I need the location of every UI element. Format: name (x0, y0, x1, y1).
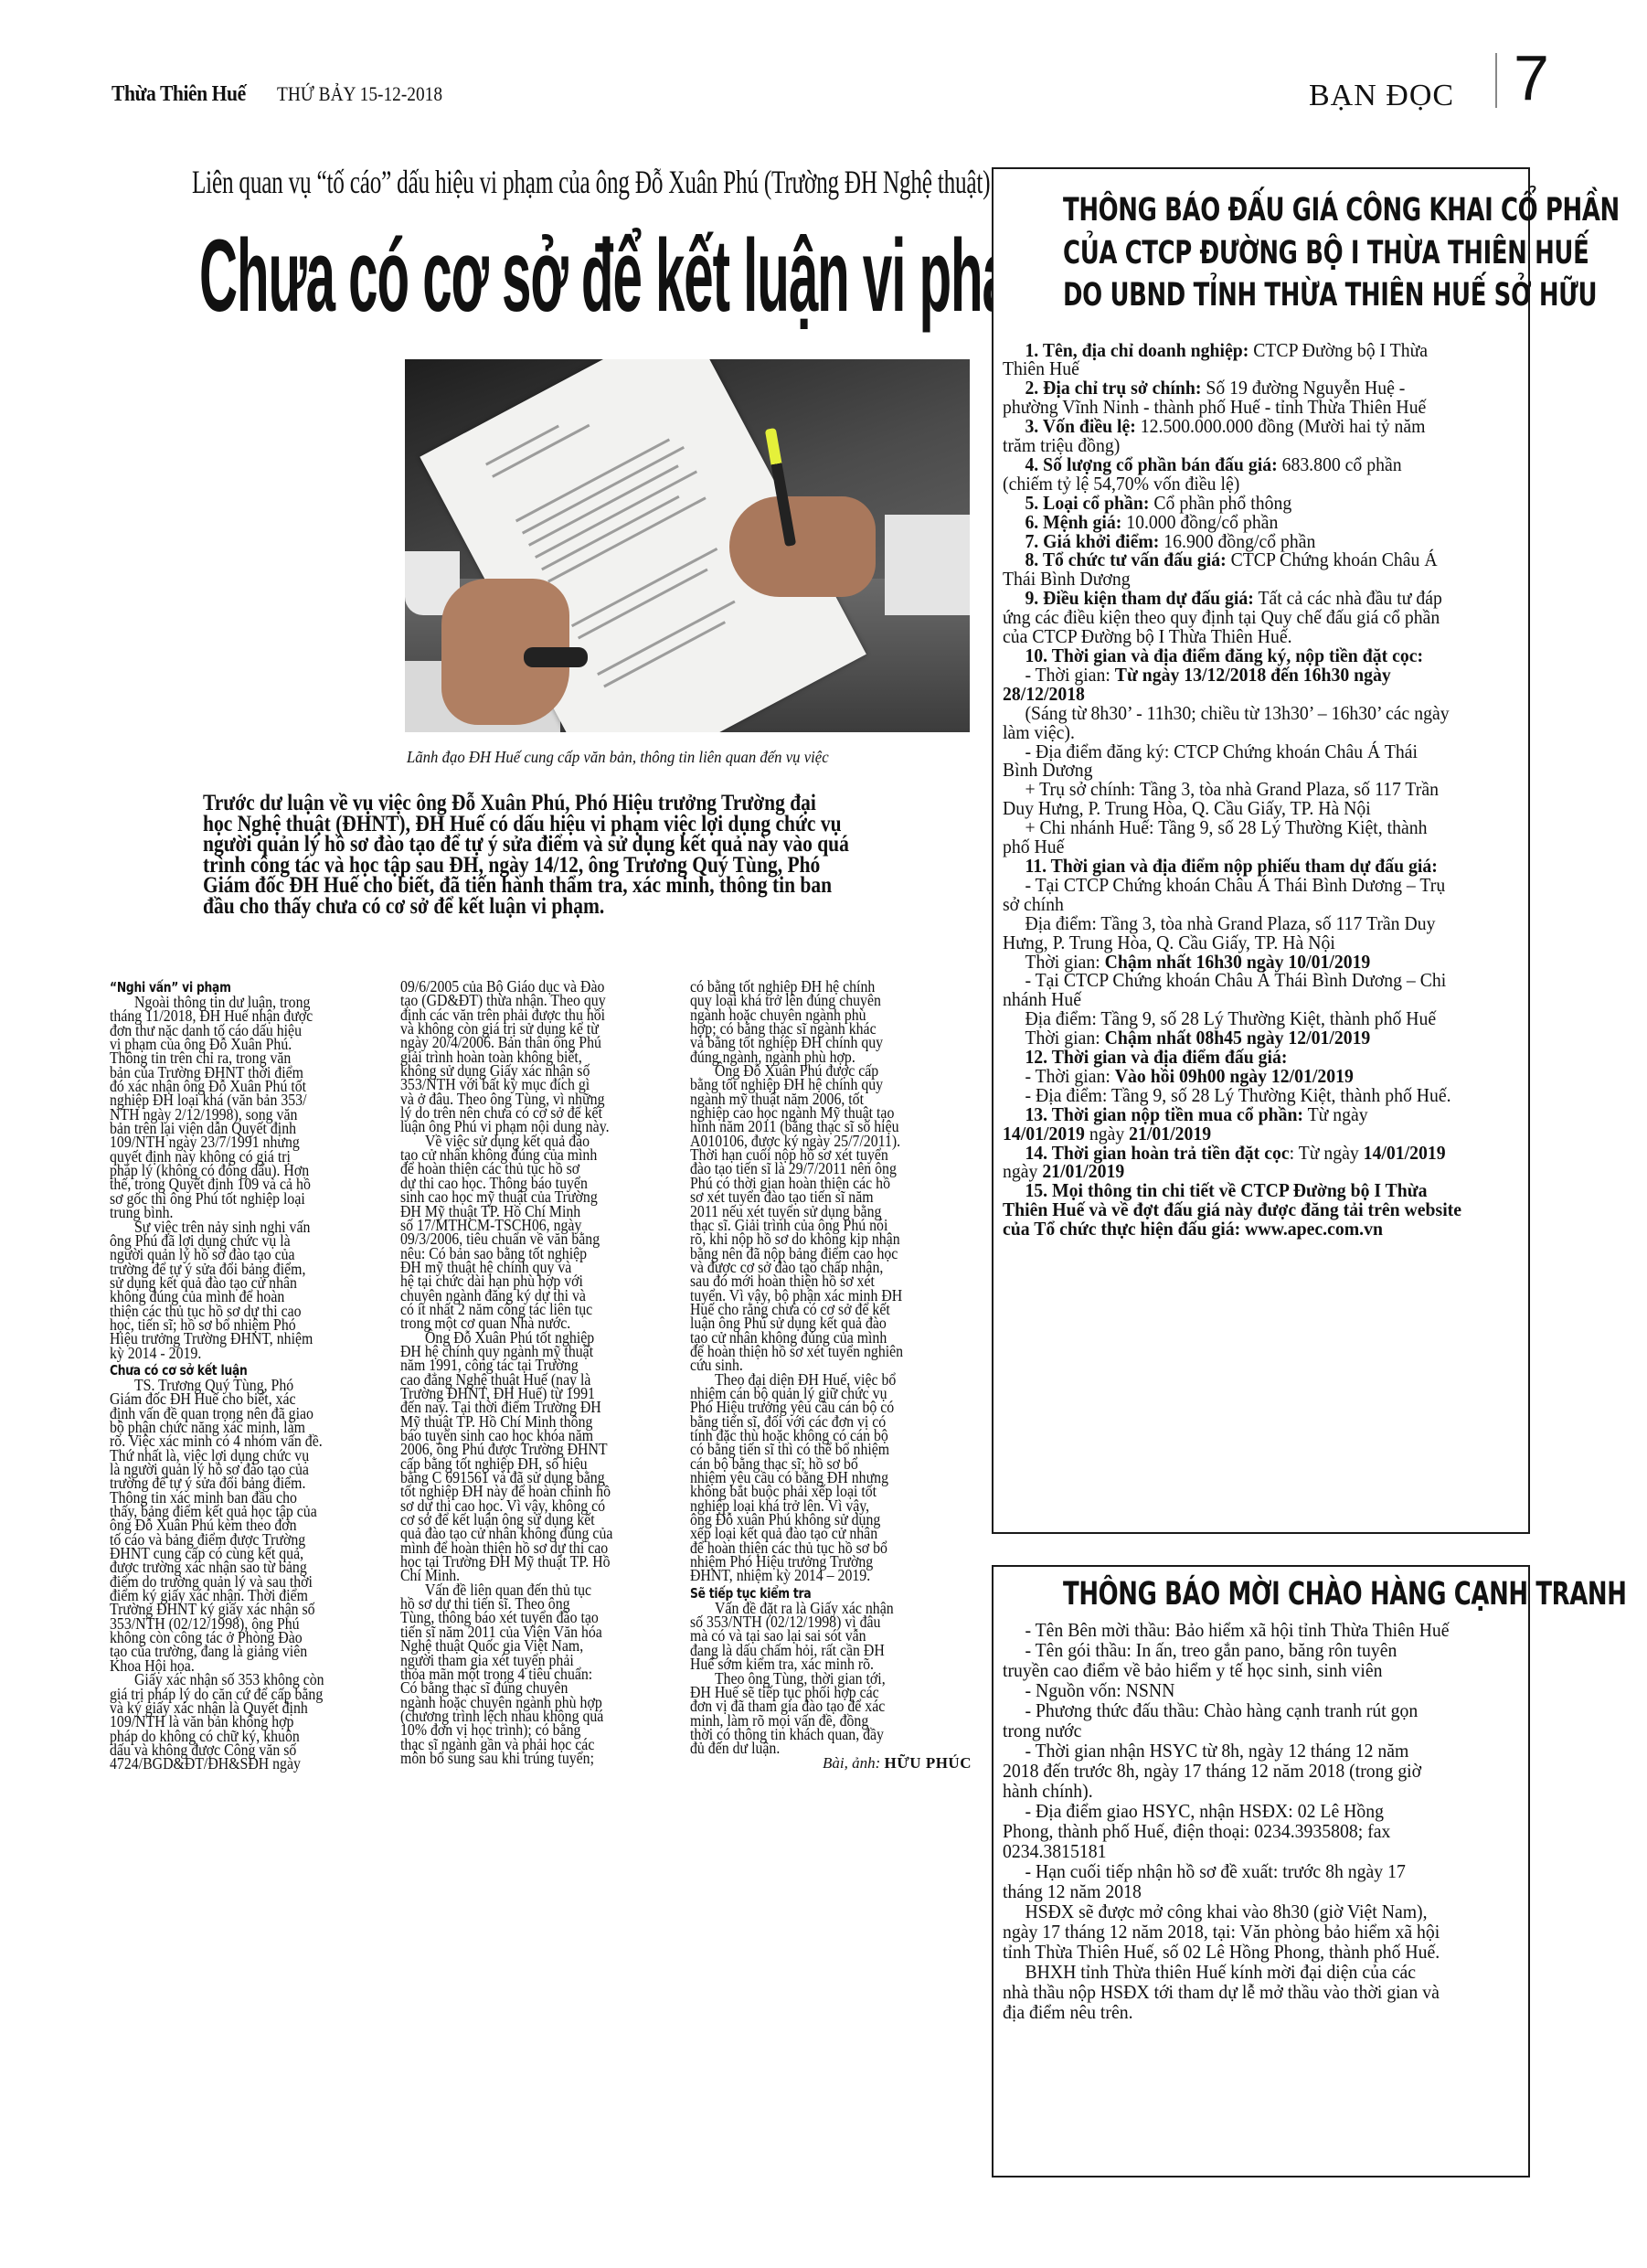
paragraph: Theo ông Tùng, thời gian tới,ĐH Huế sẽ t… (690, 1672, 975, 1756)
bid-notice-line: HSĐX sẽ được mở công khai vào 8h30 (giờ … (1003, 1901, 1490, 1922)
paragraph: Về việc sử dụng kết quả đàotạo cử nhân k… (400, 1134, 685, 1331)
paragraph: Ông Đỗ Xuân Phú được cấpbằng tốt nghiệp … (690, 1064, 975, 1373)
article-kicker: Liên quan vụ “tố cáo” dấu hiệu vi phạm c… (192, 163, 742, 201)
item-10-time-cont: 28/12/2018 (1003, 685, 1490, 704)
text-line: môn bổ sung sau khi trúng tuyển; (400, 1752, 657, 1765)
bid-notice-body: - Tên Bên mời thầu: Bảo hiểm xã hội tỉnh… (994, 1620, 1528, 2022)
item-15-cont: Thiên Huế và về đợt đấu giá này được đăn… (1003, 1200, 1490, 1219)
item-6: 6. Mệnh giá: 10.000 đồng/cổ phần (1003, 513, 1490, 532)
item-11-a-cont: sở chính (1003, 895, 1490, 914)
bid-notice-line: tỉnh Thừa Thiên Huế, số 02 Lê Hồng Phong… (1003, 1942, 1490, 1962)
item-10-hq: + Trụ sở chính: Tầng 3, tòa nhà Grand Pl… (1003, 780, 1490, 799)
bid-notice-line: - Tên gói thầu: In ấn, treo gắn pano, bă… (1003, 1640, 1490, 1660)
item-11-b-place: Địa điểm: Tầng 9, số 28 Lý Thường Kiệt, … (1003, 1009, 1490, 1028)
item-10-branch-cont: phố Huế (1003, 837, 1490, 857)
item-9-cont: của CTCP Đường bộ I Thừa Thiên Huế. (1003, 627, 1490, 646)
photo-bracelet (524, 647, 588, 667)
paragraph: 09/6/2005 của Bộ Giáo dục và Đàotạo (GD&… (400, 980, 685, 1134)
item-9: 9. Điều kiện tham dự đấu giá: Tất cả các… (1003, 589, 1490, 608)
title-line: CỦA CTCP ĐƯỜNG BỘ I THỪA THIÊN HUẾ (1063, 232, 1459, 275)
item-11-a-time: Thời gian: Chậm nhất 16h30 ngày 10/01/20… (1003, 953, 1490, 972)
section-divider (1495, 53, 1497, 108)
auction-notice-title: THÔNG BÁO ĐẤU GIÁ CÔNG KHAI CỔ PHẦN CỦA … (1063, 189, 1459, 317)
body-column-1: “Nghi vấn” vi phạm Ngoài thông tin dư lu… (110, 980, 395, 1772)
item-3: 3. Vốn điều lệ: 12.500.000.000 đồng (Mườ… (1003, 417, 1490, 436)
item-11-b-cont: nhánh Huế (1003, 990, 1490, 1009)
bid-notice-line: Phong, thành phố Huế, điện thoại: 0234.3… (1003, 1821, 1490, 1841)
item-5: 5. Loại cổ phần: Cổ phần phổ thông (1003, 494, 1490, 513)
bid-notice-line: - Hạn cuối tiếp nhận hồ sơ đề xuất: trướ… (1003, 1861, 1490, 1881)
bid-notice-line: truyền cao điểm về bảo hiểm y tế học sin… (1003, 1660, 1490, 1680)
photo-right-hand (729, 496, 876, 597)
item-11-b-time: Thời gian: Chậm nhất 08h45 ngày 12/01/20… (1003, 1028, 1490, 1048)
article-lead: Trước dư luận về vụ việc ông Đỗ Xuân Phú… (203, 793, 989, 918)
masthead: Thừa Thiên Huế THỨ BẢY 15-12-2018 (112, 82, 465, 119)
item-10-place-cont: Bình Dương (1003, 761, 1490, 780)
byline-author: HỮU PHÚC (885, 1754, 972, 1772)
article-photo (405, 359, 970, 732)
item-15-website: của Tổ chức thực hiện đấu giá: www.apec.… (1003, 1219, 1490, 1239)
item-9-cont: ứng các điều kiện theo quy định tại Quy … (1003, 608, 1490, 627)
lead-line: đầu cho thấy chưa có cơ sở để kết luận v… (203, 897, 879, 918)
bid-notice-line: - Tên Bên mời thầu: Bảo hiểm xã hội tỉnh… (1003, 1620, 1490, 1640)
item-14: 14. Thời gian hoàn trả tiền đặt cọc: Từ … (1003, 1144, 1490, 1163)
item-1: 1. Tên, địa chỉ doanh nghiệp: CTCP Đường… (1003, 341, 1490, 360)
item-10-place: - Địa điểm đăng ký: CTCP Chứng khoán Châ… (1003, 742, 1490, 761)
item-11: 11. Thời gian và địa điểm nộp phiếu tham… (1003, 857, 1490, 876)
bid-notice-line: tháng 12 năm 2018 (1003, 1881, 1490, 1901)
auction-notice-body: 1. Tên, địa chỉ doanh nghiệp: CTCP Đường… (994, 341, 1528, 1240)
paragraph: Vấn đề liên quan đến thủ tụchồ sơ dự thi… (400, 1583, 685, 1765)
bid-notice-line: BHXH tỉnh Thừa thiên Huế kính mời đại di… (1003, 1962, 1490, 1982)
issue-date: THỨ BẢY 15-12-2018 (277, 82, 442, 106)
item-11-a: - Tại CTCP Chứng khoán Châu Á Thái Bình … (1003, 876, 1490, 895)
item-4: 4. Số lượng cổ phần bán đấu giá: 683.800… (1003, 455, 1490, 474)
paragraph: Sự việc trên nảy sinh nghi vấnông Phú đã… (110, 1220, 395, 1360)
item-3-cont: trăm triệu đồng) (1003, 436, 1490, 455)
auction-notice-box: THÔNG BÁO ĐẤU GIÁ CÔNG KHAI CỔ PHẦN CỦA … (992, 167, 1530, 1534)
text-line: kỳ 2014 - 2019. (110, 1347, 367, 1360)
title-line: DO UBND TỈNH THỪA THIÊN HUẾ SỞ HỮU (1063, 274, 1459, 317)
bid-notice-title: THÔNG BÁO MỜI CHÀO HÀNG CẠNH TRANH (1063, 1574, 1459, 1614)
item-14-dates: ngày 21/01/2019 (1003, 1162, 1490, 1181)
bid-notice-line: - Thời gian nhận HSYC từ 8h, ngày 12 thá… (1003, 1741, 1490, 1761)
item-10-hours: (Sáng từ 8h30’ - 11h30; chiều từ 13h30’ … (1003, 704, 1490, 723)
paragraph: Theo đại diện ĐH Huế, việc bổnhiệm cán b… (690, 1373, 975, 1583)
body-column-3: có bằng tốt nghiệp ĐH hệ chínhquy loại k… (690, 980, 975, 1770)
text-line: ĐHNT, nhiệm kỳ 2014 – 2019. (690, 1569, 947, 1582)
item-8: 8. Tổ chức tư vấn đấu giá: CTCP Chứng kh… (1003, 550, 1490, 570)
bid-notice-line: hành chính). (1003, 1781, 1490, 1801)
bid-notice-line: nhà thầu nộp HSĐX tới tham dự lễ mở thầu… (1003, 1982, 1490, 2002)
text-line: đủ đến dư luận. (690, 1741, 947, 1755)
item-2-cont: phường Vĩnh Ninh - thành phố Huế - tỉnh … (1003, 398, 1490, 417)
item-11-a-place-cont: Hưng, P. Trung Hòa, Q. Cầu Giấy, TP. Hà … (1003, 933, 1490, 953)
bid-notice-line: - Phương thức đấu thầu: Chào hàng cạnh t… (1003, 1700, 1490, 1720)
paragraph: TS. Trương Quý Tùng, PhóGiám đốc ĐH Huế … (110, 1379, 395, 1673)
bid-notice-line: trong nước (1003, 1720, 1490, 1741)
item-10-branch: + Chi nhánh Huế: Tầng 9, số 28 Lý Thường… (1003, 818, 1490, 837)
item-11-a-place: Địa điểm: Tầng 3, tòa nhà Grand Plaza, s… (1003, 914, 1490, 933)
item-12-place: - Địa điểm: Tầng 9, số 28 Lý Thường Kiệt… (1003, 1086, 1490, 1105)
byline: Bài, ảnh: HỮU PHÚC (690, 1756, 975, 1770)
page-number: 7 (1514, 46, 1549, 110)
paragraph: Vấn đề đặt ra là Giấy xác nhậnsố 353/NTH… (690, 1602, 975, 1672)
bid-notice-line: - Địa điểm giao HSYC, nhận HSĐX: 02 Lê H… (1003, 1801, 1490, 1821)
item-11-b: - Tại CTCP Chứng khoán Châu Á Thái Bình … (1003, 971, 1490, 990)
article-headline: Chưa có cơ sở để kết luận vi phạm (199, 212, 608, 349)
paragraph: Ngoài thông tin dư luận, trongtháng 11/2… (110, 996, 395, 1220)
bid-notice-line: ngày 17 tháng 12 năm 2018, tại: Văn phòn… (1003, 1922, 1490, 1942)
byline-label: Bài, ảnh: (823, 1754, 880, 1772)
bid-notice-box: THÔNG BÁO MỜI CHÀO HÀNG CẠNH TRANH - Tên… (992, 1565, 1530, 2177)
bid-notice-line: - Nguồn vốn: NSNN (1003, 1680, 1490, 1700)
bid-notice-line: 0234.3815181 (1003, 1841, 1490, 1861)
text-line: 4724/BGD&ĐT/ĐH&SĐH ngày (110, 1757, 367, 1771)
body-column-2: 09/6/2005 của Bộ Giáo dục và Đàotạo (GD&… (400, 980, 685, 1765)
item-12-time: - Thời gian: Vào hồi 09h00 ngày 12/01/20… (1003, 1067, 1490, 1086)
item-1-cont: Thiên Huế (1003, 359, 1490, 378)
title-line: THÔNG BÁO ĐẤU GIÁ CÔNG KHAI CỔ PHẦN (1063, 189, 1459, 232)
item-10-time: - Thời gian: Từ ngày 13/12/2018 đến 16h3… (1003, 665, 1490, 685)
item-4-cont: (chiếm tỷ lệ 54,70% vốn điều lệ) (1003, 474, 1490, 494)
photo-caption: Lãnh đạo ĐH Huế cung cấp văn bản, thông … (407, 748, 932, 767)
photo-sleeve (885, 515, 970, 615)
item-15: 15. Mọi thông tin chi tiết về CTCP Đường… (1003, 1181, 1490, 1200)
bid-notice-line: địa điểm nêu trên. (1003, 2002, 1490, 2022)
item-8-cont: Thái Bình Dương (1003, 570, 1490, 589)
item-10-hq-cont: Duy Hưng, P. Trung Hòa, Q. Cầu Giấy, TP.… (1003, 799, 1490, 818)
paragraph: Ông Đỗ Xuân Phú tốt nghiệpĐH hệ chính qu… (400, 1331, 685, 1583)
item-7: 7. Giá khởi điểm: 16.900 đồng/cổ phần (1003, 532, 1490, 551)
item-13: 13. Thời gian nộp tiền mua cổ phần: Từ n… (1003, 1105, 1490, 1124)
paper-name: Thừa Thiên Huế (112, 82, 246, 107)
bid-notice-line: 2018 đến trước 8h, ngày 17 tháng 12 năm … (1003, 1761, 1490, 1781)
item-10-hours-cont: làm việc). (1003, 723, 1490, 742)
paragraph: có bằng tốt nghiệp ĐH hệ chínhquy loại k… (690, 980, 975, 1064)
section-name: BẠN ĐỌC (1309, 79, 1454, 113)
item-10: 10. Thời gian và địa điểm đăng ký, nộp t… (1003, 646, 1490, 665)
item-13-dates: 14/01/2019 ngày 21/01/2019 (1003, 1124, 1490, 1144)
paragraph: Giấy xác nhận số 353 không còngiá trị ph… (110, 1673, 395, 1771)
item-12: 12. Thời gian và địa điểm đấu giá: (1003, 1048, 1490, 1067)
item-2: 2. Địa chỉ trụ sở chính: Số 19 đường Ngu… (1003, 378, 1490, 398)
